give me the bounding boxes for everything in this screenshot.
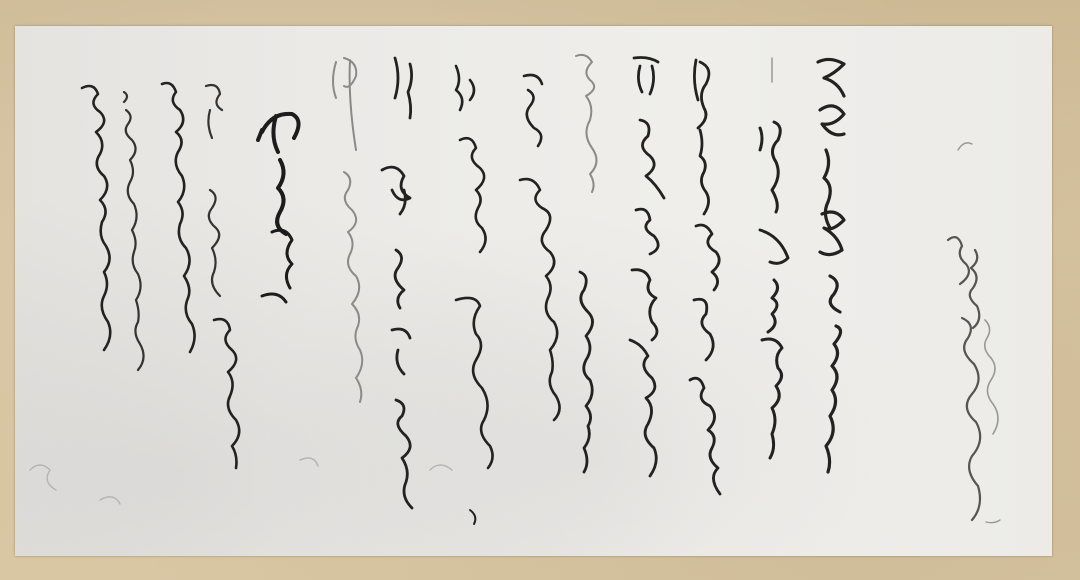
calligraphy-ink-layer [0,0,1080,580]
column-3 [760,58,788,458]
column-11 [258,114,299,302]
ink-smudges [30,458,452,504]
column-8 [456,66,493,524]
column-7 [520,75,560,420]
column-5 [630,58,664,477]
column-6-faded [576,55,597,192]
column-13-postscript [82,83,195,370]
column-4 [690,60,720,494]
column-6-lower [580,272,593,472]
column-10-faded [333,58,362,402]
column-1-signature [948,143,1000,523]
column-2 [818,59,844,472]
column-12-postscript [206,85,239,468]
column-9 [382,58,412,508]
